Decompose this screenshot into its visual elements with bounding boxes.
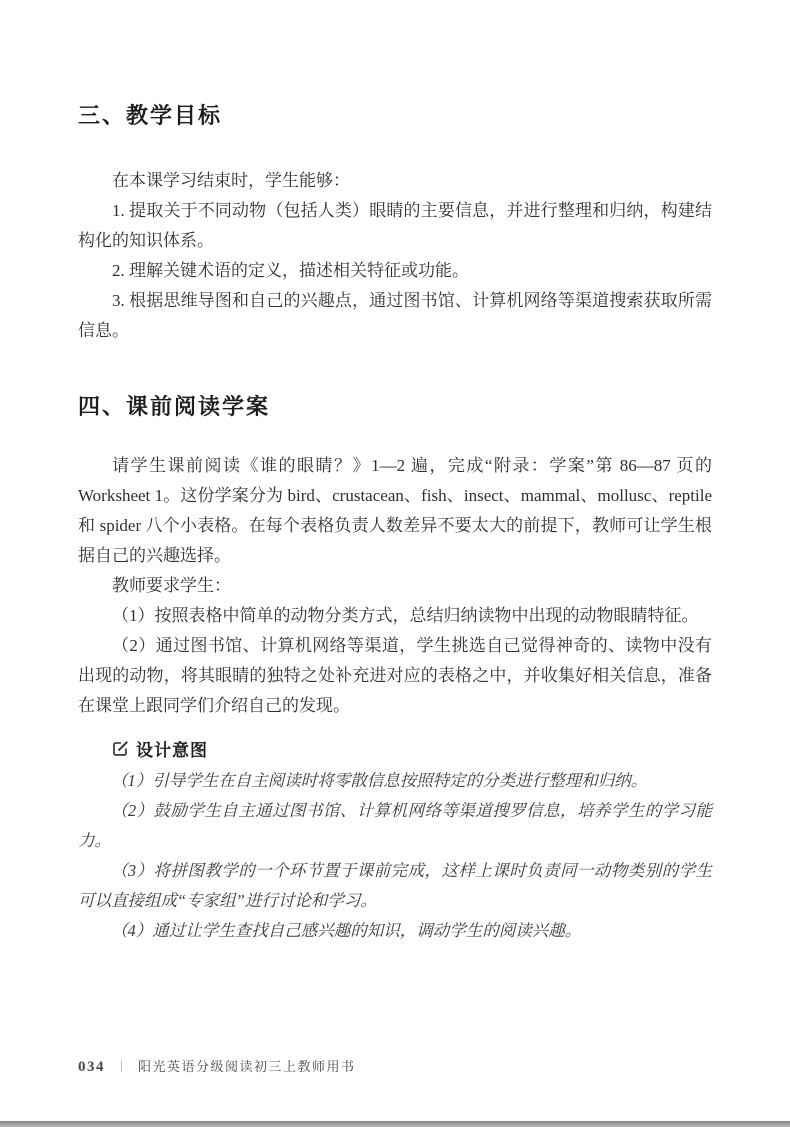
design-intent-items: （1）引导学生在自主阅读时将零散信息按照特定的分类进行整理和归纳。 （2）鼓励学… [78,766,712,946]
paragraph-requirement-1: （1）按照表格中简单的动物分类方式，总结归纳读物中出现的动物眼睛特征。 [78,601,712,631]
document-page: 三、教学目标 在本课学习结束时，学生能够： 1. 提取关于不同动物（包括人类）眼… [0,0,790,1127]
paragraph-objective-3: 3. 根据思维导图和自己的兴趣点，通过图书馆、计算机网络等渠道搜索获取所需信息。 [78,286,712,346]
paragraph-objective-1: 1. 提取关于不同动物（包括人类）眼睛的主要信息，并进行整理和归纳，构建结构化的… [78,196,712,256]
footer-separator: ｜ [115,1056,128,1075]
paragraph-teacher-requirements: 教师要求学生： [78,571,712,601]
design-intent-item-4: （4）通过让学生查找自己感兴趣的知识，调动学生的阅读兴趣。 [78,916,712,946]
page-content: 三、教学目标 在本课学习结束时，学生能够： 1. 提取关于不同动物（包括人类）眼… [0,0,790,946]
design-intent-label: 设计意图 [136,736,208,761]
paragraph-intro: 在本课学习结束时，学生能够： [78,166,712,196]
section-teaching-objectives: 三、教学目标 在本课学习结束时，学生能够： 1. 提取关于不同动物（包括人类）眼… [78,0,712,346]
page-footer: 034 ｜ 阳光英语分级阅读初三上教师用书 [78,1056,356,1076]
page-number: 034 [78,1059,105,1076]
design-intent-item-2: （2）鼓励学生自主通过图书馆、计算机网络等渠道搜罗信息，培养学生的学习能力。 [78,796,712,856]
design-intent-header: 设计意图 [112,736,712,760]
design-intent-block: 设计意图 （1）引导学生在自主阅读时将零散信息按照特定的分类进行整理和归纳。 （… [78,736,712,946]
design-intent-item-3: （3）将拼图教学的一个环节置于课前完成，这样上课时负责同一动物类别的学生可以直接… [78,856,712,916]
section-heading-teaching-objectives: 三、教学目标 [78,0,712,130]
book-title: 阳光英语分级阅读初三上教师用书 [138,1056,356,1075]
paragraph-requirement-2: （2）通过图书馆、计算机网络等渠道，学生挑选自己觉得神奇的、读物中没有出现的动物… [78,631,712,721]
section-preclass-reading: 四、课前阅读学案 请学生课前阅读《谁的眼睛？》1—2 遍，完成“附录：学案”第 … [78,393,712,946]
design-intent-item-1: （1）引导学生在自主阅读时将零散信息按照特定的分类进行整理和归纳。 [78,766,712,796]
page-bottom-edge [0,1121,790,1127]
paragraph-objective-2: 2. 理解关键术语的定义，描述相关特征或功能。 [78,256,712,286]
paragraph-reading-instructions: 请学生课前阅读《谁的眼睛？》1—2 遍，完成“附录：学案”第 86—87 页的 … [78,451,712,571]
section-heading-preclass-reading: 四、课前阅读学案 [78,393,712,421]
edit-box-icon [112,740,129,757]
